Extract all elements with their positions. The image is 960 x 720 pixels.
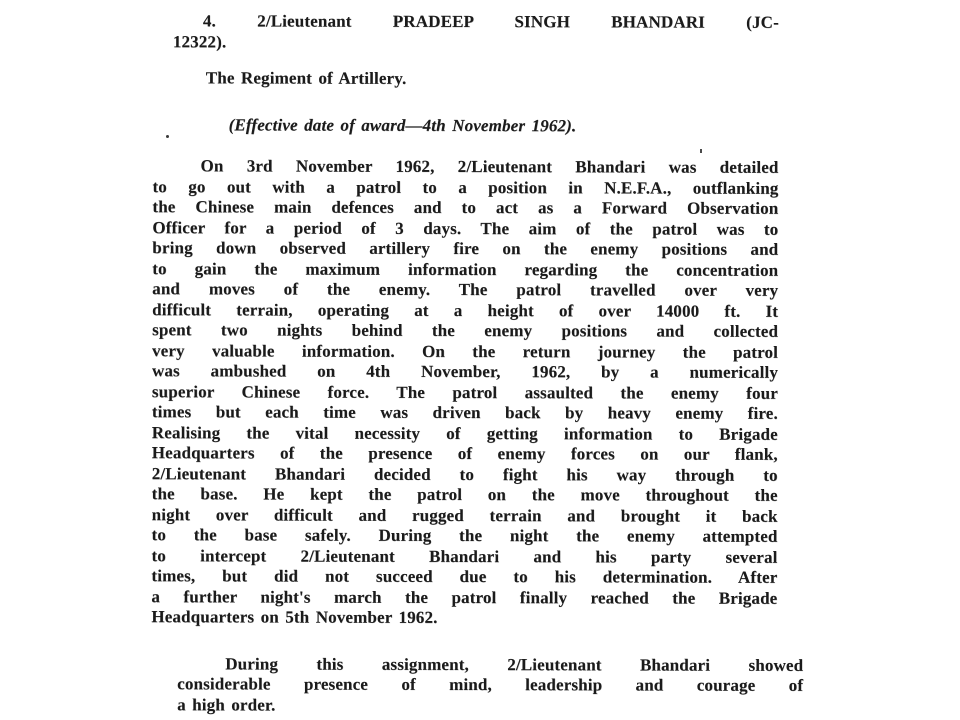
text-line: Realising the vital necessity of getting… — [152, 423, 778, 445]
text-line: Officer for a period of 3 days. The aim … — [152, 218, 778, 240]
text-line: spent two nights behind the enemy positi… — [152, 320, 778, 342]
scanned-document-page: 4. 2/Lieutenant PRADEEP SINGH BHANDARI (… — [0, 0, 960, 720]
text-line: to the base safely. During the night the… — [152, 525, 778, 547]
text-line: a further night's march the patrol final… — [151, 587, 777, 609]
text-line: On 3rd November 1962, 2/Lieutenant Bhand… — [152, 156, 778, 178]
text-line: superior Chinese force. The patrol assau… — [152, 382, 778, 404]
text-line: to gain the maximum information regardin… — [152, 259, 778, 281]
text-line: the Chinese main defences and to act as … — [152, 197, 778, 219]
scan-artifact-tick — [700, 149, 702, 153]
effective-date-line: (Effective date of award—4th November 19… — [153, 115, 779, 137]
text-line: was ambushed on 4th November, 1962, by a… — [152, 361, 778, 383]
text-line: Headquarters of the presence of enemy fo… — [152, 443, 778, 465]
text-line: 2/Lieutenant Bhandari decided to fight h… — [152, 464, 778, 486]
text-line: Headquarters on 5th November 1962. — [151, 607, 777, 629]
text-line: the base. He kept the patrol on the move… — [152, 484, 778, 506]
regiment-line: The Regiment of Artillery. — [153, 68, 779, 90]
text-line: During this assignment, 2/Lieutenant Bha… — [177, 654, 803, 676]
text-line: and moves of the enemy. The patrol trave… — [152, 279, 778, 301]
text-line: considerable presence of mind, leadershi… — [177, 674, 803, 696]
text-line: very valuable information. On the return… — [152, 341, 778, 363]
text-line: times, but did not succeed due to his de… — [151, 566, 777, 588]
text-line: night over difficult and rugged terrain … — [152, 505, 778, 527]
text-line: to intercept 2/Lieutenant Bhandari and h… — [151, 546, 777, 568]
text-line: difficult terrain, operating at a height… — [152, 300, 778, 322]
entry-heading-line-2: 12322). — [153, 32, 779, 54]
text-line: bring down observed artillery fire on th… — [152, 238, 778, 260]
text-line: to go out with a patrol to a position in… — [152, 177, 778, 199]
text-line: times but each time was driven back by h… — [152, 402, 778, 424]
citation-paragraph-2: During this assignment, 2/Lieutenant Bha… — [177, 654, 803, 717]
citation-paragraph-1: On 3rd November 1962, 2/Lieutenant Bhand… — [151, 156, 778, 629]
scan-artifact-dot — [166, 135, 169, 138]
citation-text-block: 4. 2/Lieutenant PRADEEP SINGH BHANDARI (… — [151, 11, 779, 717]
entry-heading-line-1: 4. 2/Lieutenant PRADEEP SINGH BHANDARI (… — [153, 11, 779, 33]
text-line: a high order. — [177, 695, 803, 717]
